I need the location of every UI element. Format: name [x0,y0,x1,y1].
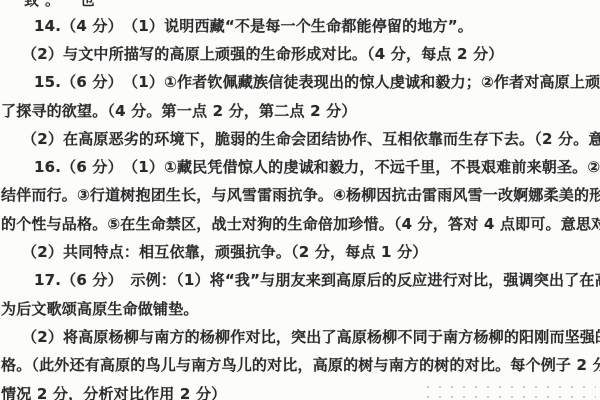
answer-line-q15-p2: （2）在高原恶劣的环境下，脆弱的生命会团结协作、互相依靠而生存下去。（2 分。意… [22,130,600,149]
answer-line-q17-p1-cont: 为后文歌颂高原生命做铺垫。 [1,300,199,319]
answer-line-q16-p1-cont2: 的个性与品格。⑤在生命禁区，战士对狗的生命倍加珍惜。（4 分，答对 4 点即可。… [1,215,600,234]
answer-line-q16-p1: 16.（6 分） （1）①藏民凭借惊人的虔诚和毅力，不远千里，不畏艰难前来朝圣。… [34,158,600,177]
answer-line-q14-p1: 14.（4 分） （1）说明西藏“不是每一个生命都能停留的地方”。 [34,17,473,36]
answer-line-q17-p2-cont1: 格。（此外还有高原的鸟儿与南方鸟儿的对比，高原的树与南方的树的对比。每个例子 2… [1,356,600,375]
answer-line-q16-p1-cont1: 结伴而行。③行道树抱团生长，与风雪雷雨抗争。④杨柳因抗击雷雨风雪一改婀娜柔美的形… [1,186,600,205]
answer-line-q15-p1: 15.（6 分） （1）①作者钦佩藏族信徒表现出的惊人虔诚和毅力；②作者对高原上… [34,73,600,92]
answer-line-q16-p2: （2）共同特点：相互依靠，顽强抗争。（2 分，每点 1 分） [22,243,427,262]
answer-line-q17-p1: 17.（6 分） 示例：（1）将“我”与朋友来到高原后的反应进行对比，强调突出了… [34,271,600,290]
answer-line-q15-p1-cont: 了探寻的欲望。（4 分。第一点 2 分，第二点 2 分） [1,102,357,121]
answer-line-q14-p2: （2）与文中所描写的高原上顽强的生命形成对比。（4 分，每点 2 分） [22,45,503,64]
answer-line-q17-p2: （2）将高原杨柳与南方的杨柳作对比，突出了高原杨柳不同于南方杨柳的阳刚而坚强的新… [22,328,600,347]
document-page: 致。 也 14.（4 分） （1）说明西藏“不是每一个生命都能停留的地方”。 （… [0,0,600,400]
answer-line-q17-p2-cont2: 情况 2 分，分析对比作用 2 分） [1,385,226,400]
clipped-previous-line: 致。 也 [24,0,101,10]
scan-halftone-dots [420,379,596,399]
